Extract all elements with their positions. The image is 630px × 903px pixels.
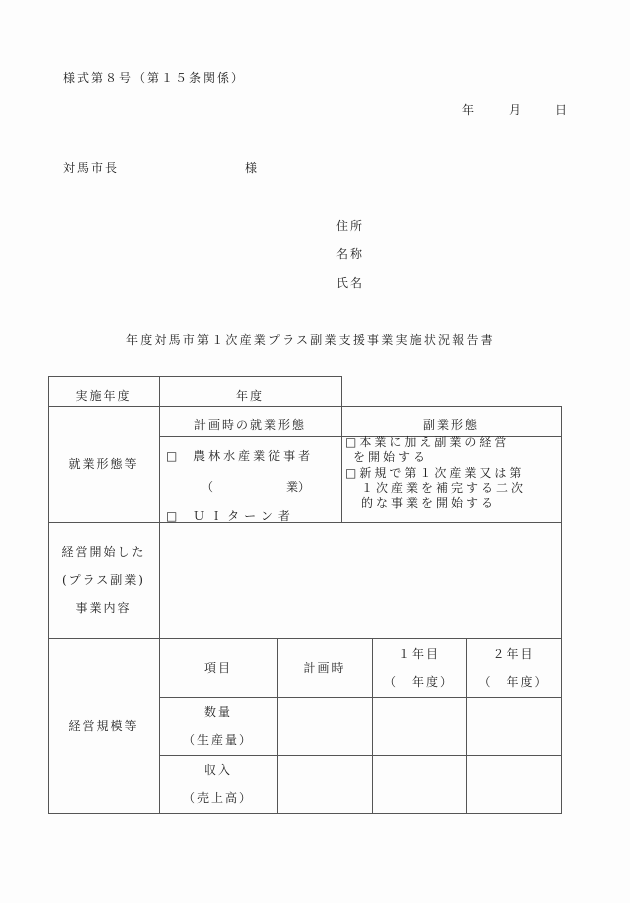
year1-header-cell: １年目 （ 年度） [372, 638, 466, 697]
scale-row-label-cell: 経営規模等 [48, 638, 159, 813]
revenue-year2-input[interactable] [467, 756, 561, 813]
quantity-label-cell: 数量 （生産量） [159, 697, 277, 755]
revenue-year1-input[interactable] [373, 756, 466, 813]
revenue-label: 収入 [204, 756, 232, 784]
business-content-label-cell: 経営開始した (プラス副業) 事業内容 [48, 522, 159, 638]
address-label: 住所 [336, 217, 364, 234]
planned-employment-header: 計画時の就業形態 [194, 411, 306, 439]
option-farm-forestry-fishery[interactable]: □ 農林水産業従事者 [166, 447, 313, 464]
business-content-label-line2: (プラス副業) [62, 566, 145, 594]
business-content-label-line3: 事業内容 [75, 594, 131, 622]
person-name-label: 氏名 [336, 274, 364, 291]
checkbox-icon[interactable]: □ [166, 449, 177, 463]
year2-header-line1: ２年目 [492, 640, 534, 668]
planned-header-cell: 計画時 [277, 638, 372, 697]
revenue-planned-input[interactable] [278, 756, 372, 813]
checkbox-icon[interactable]: □ [345, 466, 359, 480]
revenue-label-cell: 収入 （売上高） [159, 755, 277, 813]
business-content-label-line1: 経営開始した [61, 538, 145, 566]
form-number: 様式第８号（第１５条関係） [63, 69, 245, 86]
option-label: 農林水産業従事者 [193, 449, 313, 463]
year2-header-cell: ２年目 （ 年度） [466, 638, 561, 697]
year2-header-line2: （ 年度） [478, 668, 548, 696]
item-header: 項目 [204, 654, 232, 682]
implementation-year-label-cell: 実施年度 [48, 376, 159, 406]
addressee: 対馬市長 [63, 159, 119, 176]
option-label: ＵＩターン者 [193, 509, 295, 523]
option-ui-turn[interactable]: □ ＵＩターン者 [166, 507, 295, 524]
quantity-planned-input[interactable] [278, 698, 372, 755]
side-business-header-cell: 副業形態 [341, 406, 561, 436]
checkbox-icon[interactable]: □ [166, 509, 177, 523]
date-day-label: 日 [555, 101, 567, 118]
industry-paren-close: 業） [286, 478, 310, 495]
document-title: 年度対馬市第１次産業プラス副業支援事業実施状況報告書 [126, 331, 495, 348]
honorific: 様 [245, 159, 257, 176]
option-side-new-business[interactable]: □新規で第１次産業又は第 １次産業を補完する二次 的な事業を開始する [345, 466, 526, 511]
year1-header-line1: １年目 [398, 640, 440, 668]
quantity-year1-input[interactable] [373, 698, 466, 755]
year1-header-line2: （ 年度） [384, 668, 454, 696]
option-side-in-addition[interactable]: □本業に加え副業の経営 を開始する [345, 435, 509, 465]
industry-input[interactable] [219, 472, 277, 492]
planned-header: 計画時 [303, 654, 345, 682]
quantity-year2-input[interactable] [467, 698, 561, 755]
scale-row-label: 経営規模等 [68, 712, 138, 740]
employment-row-label-cell: 就業形態等 [48, 406, 159, 522]
checkbox-icon[interactable]: □ [345, 435, 359, 449]
company-name-label: 名称 [336, 245, 364, 262]
industry-paren-open: （ [201, 478, 213, 495]
implementation-year-value-cell[interactable]: 年度 [159, 376, 341, 406]
employment-row-label: 就業形態等 [68, 450, 138, 478]
quantity-label: 数量 [204, 698, 232, 726]
date-year-label: 年 [462, 101, 474, 118]
planned-employment-header-cell: 計画時の就業形態 [159, 406, 341, 436]
date-month-label: 月 [509, 101, 521, 118]
quantity-sublabel: （生産量） [183, 726, 253, 754]
item-header-cell: 項目 [159, 638, 277, 697]
business-content-input[interactable] [160, 523, 561, 638]
revenue-sublabel: （売上高） [183, 784, 253, 812]
